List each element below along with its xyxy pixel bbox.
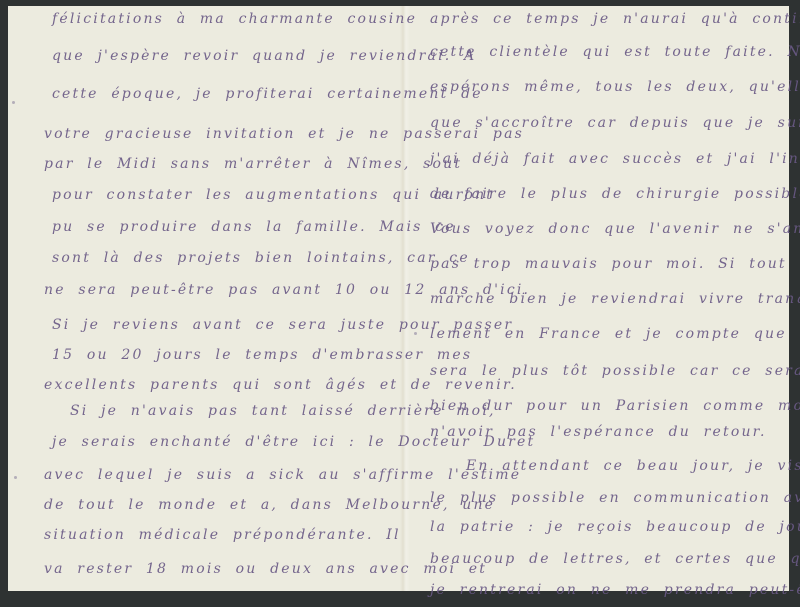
text-line: j'ai déjà fait avec succès et j'ai l'int…	[430, 151, 800, 167]
text-line: pas trop mauvais pour moi. Si tout	[430, 256, 787, 272]
text-line: Vous voyez donc que l'avenir ne s'annonc…	[430, 221, 800, 237]
text-line: que s'accroître car depuis que je suis i…	[430, 115, 800, 131]
right-page: après ce temps je n'aurai qu'à continuer…	[406, 6, 789, 591]
text-line: je rentrerai on ne me prendra peut-être	[430, 582, 800, 598]
text-line: bien dur pour un Parisien comme moi de	[430, 398, 800, 414]
letter-sheet: félicitations à ma charmante cousine que…	[8, 6, 789, 591]
text-line: de faire le plus de chirurgie possible.	[430, 186, 800, 202]
text-line: félicitations à ma charmante cousine	[52, 11, 417, 27]
ink-spot	[414, 332, 417, 335]
text-line: espérons même, tous les deux, qu'elle ne…	[430, 79, 800, 95]
text-line: par le Midi sans m'arrêter à Nîmes, sout	[44, 156, 462, 172]
text-line: pu se produire dans la famille. Mais ce	[52, 219, 456, 235]
text-line: lement en France et je compte que ce	[430, 326, 800, 342]
text-line: la patrie : je reçois beaucoup de journa…	[430, 519, 800, 535]
text-line: En attendant ce beau jour, je vis ici	[450, 458, 800, 474]
text-line: situation médicale prépondérante. Il	[44, 527, 401, 543]
ink-spot	[12, 101, 15, 104]
text-line: le plus possible en communication avec	[430, 490, 800, 506]
text-line: n'avoir pas l'espérance du retour.	[430, 424, 767, 440]
text-line: beaucoup de lettres, et certes que quand	[430, 551, 800, 567]
text-line: sera le plus tôt possible car ce serait	[430, 363, 800, 379]
text-line: après ce temps je n'aurai qu'à continuer	[430, 11, 800, 27]
left-page: félicitations à ma charmante cousine que…	[8, 6, 400, 591]
text-line: marche bien je reviendrai vivre tranquil…	[430, 291, 800, 307]
ink-spot	[14, 476, 17, 479]
text-line: cette clientèle qui est toute faite. Nou…	[430, 44, 800, 60]
